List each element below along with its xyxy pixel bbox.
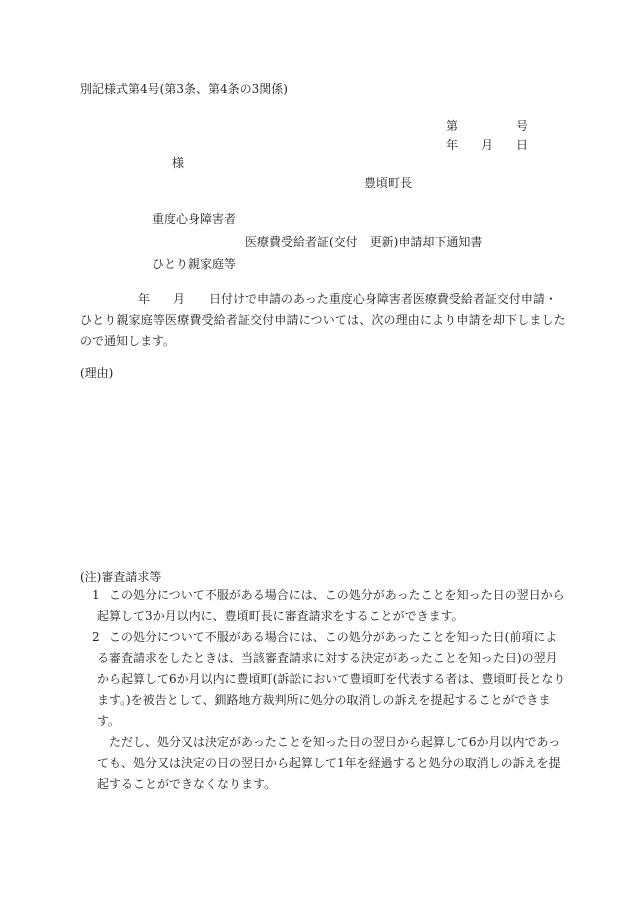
note-2-proviso-line-1: ただし、処分又は決定があったことを知った日の翌日から起算して6か月以内であっ: [109, 731, 560, 753]
number-suffix: 号: [516, 119, 528, 133]
date-day: 日: [516, 138, 528, 152]
note-2-line-4: ます。)を被告として、釧路地方裁判所に処分の取消しの訴えを提起することができま: [97, 689, 551, 711]
note-1-line-1: この処分について不服がある場合には、この処分があったことを知った日の翌日から: [109, 584, 565, 606]
body-line-3: ので通知します。: [80, 330, 175, 352]
note-2-proviso-line-2: ても、処分又は決定の日の翌日から起算して1年を経過すると処分の取消しの訴えを提: [97, 752, 561, 774]
date-month: 月: [481, 138, 493, 152]
body-line-1: 日付けで申請のあった重度心身障害者医療費受給者証交付申請・: [209, 288, 557, 310]
reason-label: (理由): [80, 366, 113, 380]
title-line-2: 医療費受給者証(交付 更新)申請却下通知書: [245, 235, 482, 249]
form-id: 別記様式第4号(第3条、第4条の3関係): [80, 82, 288, 96]
note-1-number: 1: [92, 584, 100, 606]
body-month: 月: [173, 288, 185, 310]
date-year: 年: [446, 138, 458, 152]
note-2-proviso-line-3: 起することができなくなります。: [97, 773, 276, 795]
issuer: 豊頃町長: [364, 176, 412, 190]
note-2-line-5: す。: [97, 710, 120, 732]
body-year: 年: [138, 288, 150, 310]
addressee-suffix: 様: [172, 156, 184, 170]
title-line-1: 重度心身障害者: [152, 212, 236, 226]
note-2-line-2: る審査請求をしたときは、当該審査請求に対する決定があったことを知った日)の翌月: [97, 647, 558, 669]
notes-heading: (注)審査請求等: [80, 570, 161, 584]
body-line-2: ひとり親家庭等医療費受給者証交付申請については、次の理由により申請を却下しました: [80, 309, 566, 331]
number-prefix: 第: [446, 119, 458, 133]
note-1-line-2: 起算して3か月以内に、豊頃町長に審査請求をすることができます。: [97, 605, 464, 627]
note-2-line-1: この処分について不服がある場合には、この処分があったことを知った日(前項によ: [109, 626, 557, 648]
title-line-3: ひとり親家庭等: [152, 257, 236, 271]
note-2-number: 2: [92, 626, 100, 648]
note-2-line-3: から起算して6か月以内に豊頃町(訴訟において豊頃町を代表する者は、豊頃町長となり: [97, 668, 565, 690]
